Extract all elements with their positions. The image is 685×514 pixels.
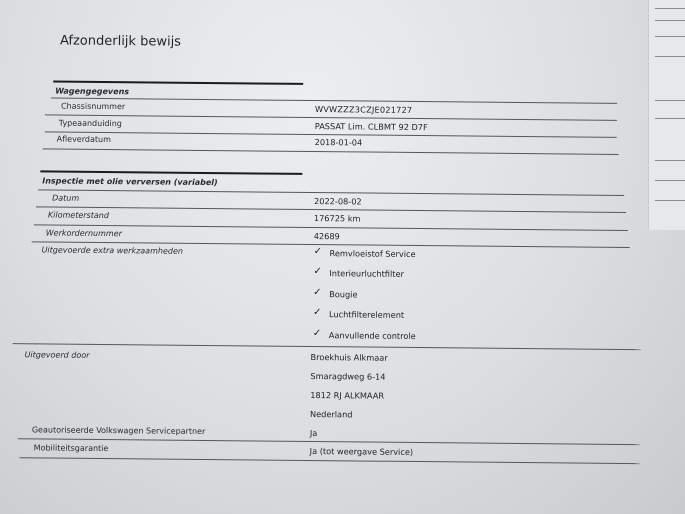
dealer-country: Nederland <box>310 409 353 419</box>
inspection-section-title: Inspectie met olie verversen (variabel) <box>42 176 218 187</box>
extra-work-item: Aanvullende controle <box>329 330 416 341</box>
work-order-label: Werkordernummer <box>46 228 122 238</box>
partner-value: Ja <box>310 428 318 438</box>
mileage-label: Kilometerstand <box>48 210 109 220</box>
type-label: Typeaanduiding <box>59 119 122 129</box>
extra-work-item: Remvloeistof Service <box>330 248 416 259</box>
partner-label: Geautoriseerde Volkswagen Servicepartner <box>32 425 206 436</box>
date-label: Datum <box>52 194 79 203</box>
row-rule <box>45 114 617 120</box>
row-rule <box>43 148 619 155</box>
extra-work-label: Uitgevoerde extra werkzaamheden <box>42 245 183 255</box>
extra-work-item: Interieurluchtfilter <box>329 268 404 279</box>
work-order-value: 42689 <box>314 231 340 241</box>
row-rule <box>18 438 640 445</box>
delivery-date-label: Afleverdatum <box>57 135 111 145</box>
check-icon: ✓ <box>313 287 321 298</box>
row-rule <box>36 206 626 213</box>
mileage-value: 176725 km <box>314 213 361 223</box>
performed-by-label: Uitgevoerd door <box>25 350 90 360</box>
date-value: 2022-08-02 <box>314 196 362 206</box>
extra-work-list: ✓ Remvloeistof Service ✓ Interieurluchtf… <box>0 0 685 7</box>
check-icon: ✓ <box>313 328 321 339</box>
extra-work-item: Bougie <box>329 289 357 299</box>
check-icon: ✓ <box>313 307 321 318</box>
service-record: Wagengegevens Chassisnummer WVWZZZ3CZJE0… <box>0 0 685 514</box>
row-rule <box>20 457 640 464</box>
check-icon: ✓ <box>313 266 321 277</box>
chassis-value: WVWZZZ3CZJE021727 <box>315 104 412 115</box>
row-rule <box>38 189 624 196</box>
mobility-label: Mobiliteitsgarantie <box>34 443 109 453</box>
mobility-value: Ja (tot weergave Service) <box>310 446 414 457</box>
chassis-label: Chassisnummer <box>61 102 125 112</box>
vehicle-section-title: Wagengegevens <box>55 87 129 97</box>
check-icon: ✓ <box>314 246 322 257</box>
delivery-date-value: 2018-01-04 <box>315 137 363 147</box>
dealer-city: 1812 RJ ALKMAAR <box>310 390 384 401</box>
dealer-street: Smaragdweg 6-14 <box>310 371 385 382</box>
document-photo: Afzonderlijk bewijs Wagengegevens Chassi… <box>0 0 685 514</box>
section-divider <box>53 81 303 85</box>
type-value: PASSAT Lim. CLBMT 92 D7F <box>315 121 428 132</box>
section-divider <box>40 170 302 175</box>
row-rule <box>34 224 628 231</box>
dealer-name: Broekhuis Alkmaar <box>311 352 388 363</box>
extra-work-item: Luchtfilterelement <box>329 309 404 320</box>
row-rule <box>51 97 617 103</box>
row-rule <box>13 343 641 350</box>
